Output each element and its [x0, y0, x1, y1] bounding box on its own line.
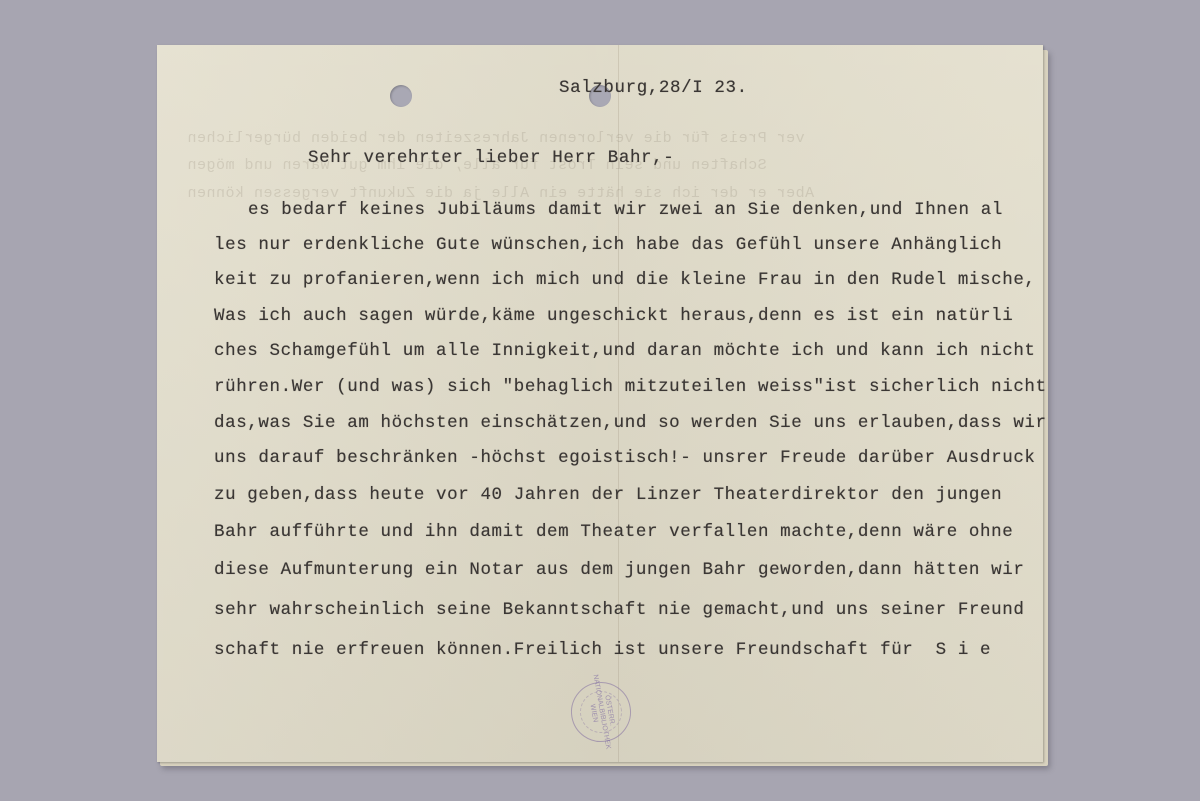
body-line: Was ich auch sagen würde,käme ungeschick…: [214, 306, 1013, 326]
body-line: rühren.Wer (und was) sich "behaglich mit…: [214, 377, 1047, 397]
body-line: sehr wahrscheinlich seine Bekanntschaft …: [214, 600, 1024, 620]
body-line: Bahr aufführte und ihn damit dem Theater…: [214, 522, 1013, 542]
body-line: schaft nie erfreuen können.Freilich ist …: [214, 640, 991, 660]
bleed-through-text: ver Preis für die verlorenen Jahreszeite…: [187, 130, 805, 147]
place-date: Salzburg,28/I 23.: [559, 78, 748, 98]
body-line: es bedarf keines Jubiläums damit wir zwe…: [248, 200, 1003, 220]
body-line: das,was Sie am höchsten einschätzen,und …: [214, 413, 1047, 433]
salutation: Sehr verehrter lieber Herr Bahr,-: [308, 148, 674, 168]
body-line: les nur erdenkliche Gute wünschen,ich ha…: [214, 235, 1002, 255]
body-line: uns darauf beschränken -höchst egoistisc…: [214, 448, 1036, 468]
body-line: keit zu profanieren,wenn ich mich und di…: [214, 270, 1036, 290]
body-line: diese Aufmunterung ein Notar aus dem jun…: [214, 560, 1024, 580]
body-line: ches Schamgefühl um alle Innigkeit,und d…: [214, 341, 1036, 361]
stamp-text: ÖSTERR. NATIONALBIBLIOTHEK WIEN: [577, 688, 626, 737]
body-line: zu geben,dass heute vor 40 Jahren der Li…: [214, 485, 1002, 505]
punch-hole-left: [390, 85, 412, 107]
